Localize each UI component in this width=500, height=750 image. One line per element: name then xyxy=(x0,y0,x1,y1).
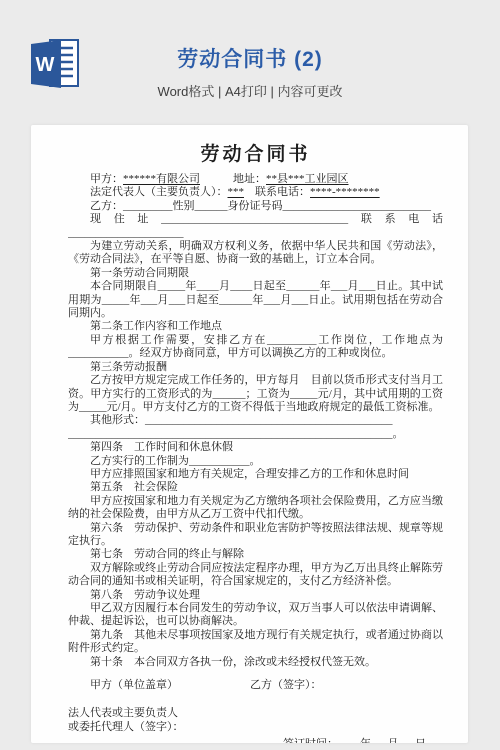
legal-rep-line-1: 法人代表或主要负责人 xyxy=(68,707,443,720)
text-segment: 甲方应排照国家和地方有关规定，合理安排乙方的工作和休息时间 xyxy=(90,468,409,480)
filled-blank: ****-******** xyxy=(310,186,380,198)
text-segment: 地址： xyxy=(200,173,266,185)
text-segment: ___________________________ xyxy=(283,200,432,212)
contract-paragraph: 第二条工作内容和工作地点 xyxy=(68,320,443,333)
text-segment: 第五条 社会保险 xyxy=(90,481,178,493)
text-segment: 第二条工作内容和工作地点 xyxy=(90,320,222,332)
filled-blank: **县***工业园区 xyxy=(266,173,349,185)
text-segment: 其他形式： xyxy=(90,414,145,426)
text-segment: 身份证号码 xyxy=(228,200,283,212)
filled-blank: ******有限公司 xyxy=(123,173,200,185)
text-segment: ________________________________________… xyxy=(68,428,393,440)
contract-paragraph: 第四条 工作时间和休息休假 xyxy=(68,441,443,454)
text-segment: 第八条 劳动争议处理 xyxy=(90,589,200,601)
text-segment: 月 xyxy=(347,280,359,292)
text-segment: ______ xyxy=(219,294,252,306)
text-segment: 月 xyxy=(219,280,231,292)
text-segment: ______ xyxy=(195,200,228,212)
contract-paragraph: 第一条劳动合同期限 xyxy=(68,267,443,280)
text-segment: 第七条 劳动合同的终止与解除 xyxy=(90,548,244,560)
text-segment: ____ xyxy=(230,280,252,292)
text-segment: ____ xyxy=(197,280,219,292)
text-segment: 第三条劳动报酬 xyxy=(90,361,167,373)
text-segment: ___________ xyxy=(189,455,250,467)
text-segment: _____ xyxy=(158,280,186,292)
text-segment: 年 xyxy=(252,294,263,306)
word-logo-icon: W xyxy=(29,37,81,91)
signature-block: 甲方（单位盖章） 乙方（签字）： 法人代表或主要负责人 或委托代理人（签字）： … xyxy=(68,679,443,743)
sign-date-line: 签订时间：____年___月___日 xyxy=(283,738,443,743)
svg-text:W: W xyxy=(36,54,55,76)
text-segment: _____ xyxy=(102,294,130,306)
text-segment: 年 xyxy=(185,280,197,292)
contract-paragraph: 现住址__________________________________联系电… xyxy=(68,213,443,240)
signature-row: 甲方（单位盖章） 乙方（签字）： xyxy=(68,679,443,692)
text-segment: ___ xyxy=(331,280,348,292)
text-segment: 月 xyxy=(280,294,291,306)
contract-paragraph: 甲乙双方因履行本台同发生的劳动争议，双万当事人可以依法申请调解、仲裁、提起诉讼，… xyxy=(68,602,443,629)
text-segment: _________ xyxy=(267,334,317,346)
contract-paragraph: 本合同期限自_____年____月____日起至______年___月___日止… xyxy=(68,280,443,320)
text-segment: 甲方： xyxy=(90,173,123,185)
text-segment: _____ xyxy=(79,401,107,413)
text-segment: _________ xyxy=(123,200,173,212)
text-segment: 第四条 工作时间和休息休假 xyxy=(90,441,233,453)
text-segment: 第一条劳动合同期限 xyxy=(90,267,189,279)
text-segment: ______ xyxy=(286,280,319,292)
text-segment: 乙方： xyxy=(90,200,123,212)
contract-paragraph: 乙方：_________性别______身份证号码_______________… xyxy=(68,200,443,213)
text-segment: 日起至 xyxy=(185,294,219,306)
text-segment: ___ xyxy=(169,294,186,306)
text-segment: ___ xyxy=(141,294,158,306)
legal-rep-block: 法人代表或主要负责人 或委托代理人（签字）： xyxy=(68,707,443,734)
contract-paragraph: 为建立劳动关系，明确双方权利义务，依据中华人民共和国《劳动法》，《劳动合同法》，… xyxy=(68,240,443,267)
text-segment: ______ xyxy=(213,388,246,400)
text-segment: ___ xyxy=(359,280,376,292)
legal-rep-line-2: 或委托代理人（签字）： xyxy=(68,721,443,734)
text-segment: ___ xyxy=(292,294,309,306)
contract-paragraph: ________________________________________… xyxy=(68,428,443,441)
text-segment: ___ xyxy=(264,294,281,306)
contract-body: 甲方：******有限公司 地址：**县***工业园区法定代表人（主要负责人）：… xyxy=(68,173,443,669)
party-a-seal-label: 甲方（单位盖章） xyxy=(90,679,250,692)
text-segment: ________________________________________… xyxy=(145,414,393,426)
text-segment: 双方解除或终止劳动合同应按法定程序办理，甲方为乙万出具终止解陈劳动合同的通知书或… xyxy=(68,562,443,587)
document-page: 劳动合同书 甲方：******有限公司 地址：**县***工业园区法定代表人（主… xyxy=(31,125,468,743)
text-segment: 现住址 xyxy=(90,213,161,225)
text-segment: 月 xyxy=(157,294,168,306)
contract-paragraph: 乙方实行的工作制为___________。 xyxy=(68,455,443,468)
text-segment: 本合同期限自 xyxy=(90,280,158,292)
contract-paragraph: 甲方：******有限公司 地址：**县***工业园区 xyxy=(68,173,443,186)
text-segment: 甲乙双方因履行本台同发生的劳动争议，双万当事人可以依法申请调解、仲裁、提起诉讼，… xyxy=(68,602,443,627)
text-segment: 第六条 劳动保护、劳动条件和职业危害防护等按照法律法规、规章等规定执行。 xyxy=(68,522,443,547)
text-segment: ___________ xyxy=(68,347,129,359)
text-segment: 。 xyxy=(393,428,404,440)
text-segment: 工作岗位，工作地点为 xyxy=(317,334,443,346)
contract-paragraph: 乙方按甲方规定完成工作任务的，甲方每月 目前以货币形式支付当月工资。甲方实行的工… xyxy=(68,374,443,414)
text-segment: 联系电话 xyxy=(348,213,443,225)
text-segment: 甲方根据工作需要，安排乙方在 xyxy=(90,334,267,346)
text-segment: 甲方应按国家和地力有关规定为乙方缴纳各项社会保险费用，乙方应当缴纳的社会保险费，… xyxy=(68,495,443,520)
text-segment: _____ xyxy=(290,388,318,400)
text-segment: 年 xyxy=(129,294,140,306)
text-segment: _____________________ xyxy=(68,227,184,239)
contract-paragraph: 第三条劳动报酬 xyxy=(68,361,443,374)
text-segment: 年 xyxy=(319,280,331,292)
contract-paragraph: 第六条 劳动保护、劳动条件和职业危害防护等按照法律法规、规章等规定执行。 xyxy=(68,522,443,549)
text-segment: 第九条 其他未尽事项按国家及地方现行有关规定执行，或者通过协商以附件形式约定。 xyxy=(68,629,443,654)
contract-paragraph: 双方解除或终止劳动合同应按法定程序办理，甲方为乙万出具终止解陈劳动合同的通知书或… xyxy=(68,562,443,589)
filled-blank: *** xyxy=(228,186,245,198)
text-segment: 。经双方协商同意，甲方可以调换乙方的工种或岗位。 xyxy=(129,347,393,359)
contract-paragraph: 第十条 本合同双方各执一份，涂改或未经授权代签无效。 xyxy=(68,656,443,669)
contract-paragraph: 第九条 其他未尽事项按国家及地方现行有关规定执行，或者通过协商以附件形式约定。 xyxy=(68,629,443,656)
app-window: W 劳动合同书 (2) Word格式 | A4打印 | 内容可更改 劳动合同书 … xyxy=(0,0,500,750)
text-segment: __________________________________ xyxy=(161,213,348,225)
text-segment: 。 xyxy=(250,455,261,467)
text-segment: 法定代表人（主要负责人）： xyxy=(90,186,228,198)
document-title: 劳动合同书 xyxy=(68,139,443,166)
text-segment: ；工资为 xyxy=(246,388,290,400)
contract-paragraph: 第五条 社会保险 xyxy=(68,481,443,494)
text-segment: 为建立劳动关系，明确双方权利义务，依据中华人民共和国《劳动法》，《劳动合同法》，… xyxy=(68,240,443,265)
contract-paragraph: 甲方根据工作需要，安排乙方在_________工作岗位，工作地点为_______… xyxy=(68,334,443,361)
text-segment: 性别 xyxy=(173,200,195,212)
party-b-sign-label: 乙方（签字）： xyxy=(250,679,322,692)
text-segment: 元/月。甲方支付乙方的工资不得低于当地政府规定的最低工资标准。 xyxy=(107,401,440,413)
text-segment: 日起至 xyxy=(252,280,286,292)
contract-paragraph: 甲方应排照国家和地方有关规定，合理安排乙方的工作和休息时间 xyxy=(68,468,443,481)
contract-paragraph: 其他形式：___________________________________… xyxy=(68,414,443,427)
text-segment: 第十条 本合同双方各执一份，涂改或未经授权代签无效。 xyxy=(90,656,376,668)
text-segment: 乙方实行的工作制为 xyxy=(90,455,189,467)
contract-paragraph: 第八条 劳动争议处理 xyxy=(68,589,443,602)
contract-paragraph: 甲方应按国家和地力有关规定为乙方缴纳各项社会保险费用，乙方应当缴纳的社会保险费，… xyxy=(68,495,443,522)
contract-paragraph: 第七条 劳动合同的终止与解除 xyxy=(68,548,443,561)
contract-paragraph: 法定代表人（主要负责人）：*** 联系电话：****-******** xyxy=(68,186,443,199)
text-segment: 联系电话： xyxy=(244,186,310,198)
preview-header: W 劳动合同书 (2) Word格式 | A4打印 | 内容可更改 xyxy=(0,0,500,125)
